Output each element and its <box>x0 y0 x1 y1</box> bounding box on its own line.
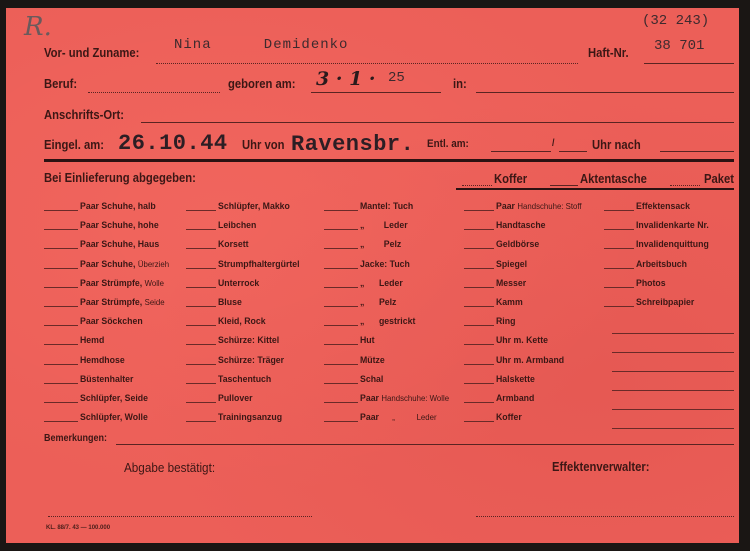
quantity-blank[interactable] <box>44 268 78 269</box>
item-row[interactable]: Hut <box>324 330 464 349</box>
uhr-nach-field[interactable] <box>660 151 734 152</box>
item-label-main: Invalidenkarte Nr. <box>636 220 709 231</box>
item-row[interactable]: Koffer <box>464 407 604 426</box>
item-label: Strumpfhaltergürtel <box>218 259 300 270</box>
quantity-blank[interactable] <box>324 344 358 345</box>
item-label-detail: Handschuhe: Wolle <box>381 393 449 403</box>
item-label-main: Paar Strümpfe, <box>80 297 142 308</box>
item-row[interactable]: Unterrock <box>186 273 326 292</box>
item-label: „ Leder <box>360 278 403 289</box>
item-label-main: Handtasche <box>496 220 546 231</box>
item-label: Armband <box>496 393 534 404</box>
quantity-blank[interactable] <box>324 229 358 230</box>
manager-signature-line[interactable] <box>476 516 734 517</box>
item-label-main: Paar <box>360 393 379 404</box>
item-label-main: Schal <box>360 374 383 385</box>
anschrift-field[interactable] <box>141 122 734 123</box>
quantity-blank[interactable] <box>44 229 78 230</box>
item-label-main: Kamm <box>496 297 523 308</box>
item-label-main: „ Leder <box>360 220 408 231</box>
item-label: Jacke: Tuch <box>360 259 410 270</box>
quantity-blank[interactable] <box>186 210 216 211</box>
item-label-main: Armband <box>496 393 534 404</box>
quantity-blank[interactable] <box>324 421 358 422</box>
item-row[interactable]: Arbeitsbuch <box>604 254 744 273</box>
quantity-blank[interactable] <box>324 325 358 326</box>
item-row[interactable]: Ring <box>464 311 604 330</box>
quantity-blank[interactable] <box>186 268 216 269</box>
item-row[interactable]: Schal <box>324 369 464 388</box>
item-row[interactable]: „ Pelz <box>324 292 464 311</box>
item-label: Büstenhalter <box>80 374 133 385</box>
header-divider <box>44 159 734 162</box>
anschrift-label: Anschrifts-Ort: <box>44 108 124 122</box>
item-label-main: Halskette <box>496 374 535 385</box>
item-label: Schürze: Kittel <box>218 335 279 346</box>
item-row[interactable]: Invalidenkarte Nr. <box>604 215 744 234</box>
quantity-blank[interactable] <box>44 306 78 307</box>
item-label: Arbeitsbuch <box>636 259 687 270</box>
quantity-blank[interactable] <box>464 306 494 307</box>
item-row[interactable]: Messer <box>464 273 604 292</box>
prisoner-number-top: (32 243) <box>642 13 709 29</box>
item-label-main: Geldbörse <box>496 239 539 250</box>
item-row[interactable]: Armband <box>464 388 604 407</box>
name-line <box>156 63 578 64</box>
geboren-value-year[interactable]: 25 <box>388 70 405 86</box>
item-label: Paar Strümpfe, Seide <box>80 297 165 308</box>
item-row[interactable]: Spiegel <box>464 254 604 273</box>
name-value[interactable]: Nina Demidenko <box>174 37 348 53</box>
item-label: Invalidenquittung <box>636 239 709 250</box>
print-code: KL. 88/7. 43 — 100.000 <box>46 525 110 531</box>
item-label: Paar Schuhe, halb <box>80 201 156 212</box>
entl-time-field[interactable] <box>559 151 587 152</box>
geboren-value-handwritten[interactable]: 3 · 1 · <box>316 68 376 90</box>
item-label-main: Strumpfhaltergürtel <box>218 259 300 270</box>
item-row[interactable]: Kleid, Rock <box>186 311 326 330</box>
quantity-blank[interactable] <box>44 402 78 403</box>
item-label-main: Pullover <box>218 393 253 404</box>
quantity-blank[interactable] <box>604 248 634 249</box>
item-label: Paar Handschuhe: Stoff <box>496 201 582 212</box>
item-label-main: Trainingsanzug <box>218 412 282 423</box>
item-label-main: Paar Schuhe, hohe <box>80 220 159 231</box>
item-label: „ Leder <box>360 220 408 231</box>
item-label-main: Schürze: Träger <box>218 355 284 366</box>
item-label: Photos <box>636 278 666 289</box>
item-label-main: Korsett <box>218 239 249 250</box>
item-label: Handtasche <box>496 220 546 231</box>
item-label-main: Taschentuch <box>218 374 271 385</box>
quantity-blank[interactable] <box>464 402 494 403</box>
item-label-main: Spiegel <box>496 259 527 270</box>
item-row[interactable]: Jacke: Tuch <box>324 254 464 273</box>
item-label: Schürze: Träger <box>218 355 284 366</box>
item-row[interactable]: Uhr m. Armband <box>464 350 604 369</box>
item-label-main: Paar Schuhe, halb <box>80 201 156 212</box>
quantity-blank[interactable] <box>186 344 216 345</box>
item-label-main: Schlüpfer, Makko <box>218 201 290 212</box>
item-row[interactable]: Büstenhalter <box>44 369 184 388</box>
item-label-detail: Überzieh <box>138 259 169 269</box>
item-label: Mantel: Tuch <box>360 201 413 212</box>
item-label: Schreibpapier <box>636 297 694 308</box>
quantity-blank[interactable] <box>44 248 78 249</box>
quantity-blank[interactable] <box>44 421 78 422</box>
item-row[interactable]: Paar Handschuhe: Stoff <box>464 196 604 215</box>
quantity-blank[interactable] <box>186 421 216 422</box>
quantity-blank[interactable] <box>186 383 216 384</box>
item-label: Paar Söckchen <box>80 316 143 327</box>
item-row[interactable]: Korsett <box>186 234 326 253</box>
quantity-blank[interactable] <box>44 383 78 384</box>
paket-count-field[interactable] <box>670 185 700 186</box>
uhr-von-label: Uhr von <box>242 138 285 152</box>
item-row[interactable]: „ Pelz <box>324 234 464 253</box>
quantity-blank[interactable] <box>44 344 78 345</box>
item-row[interactable]: Strumpfhaltergürtel <box>186 254 326 273</box>
item-label: Bluse <box>218 297 242 308</box>
haft-label: Haft-Nr. <box>588 46 629 60</box>
item-label-main: Bluse <box>218 297 242 308</box>
koffer-count-field[interactable] <box>462 185 492 186</box>
item-row[interactable]: Schlüpfer, Makko <box>186 196 326 215</box>
item-label-main: Arbeitsbuch <box>636 259 687 270</box>
item-row[interactable]: Kamm <box>464 292 604 311</box>
quantity-blank[interactable] <box>44 325 78 326</box>
blank-row[interactable] <box>612 428 734 429</box>
aktentasche-count-field[interactable] <box>550 185 578 186</box>
item-row[interactable]: Geldbörse <box>464 234 604 253</box>
quantity-blank[interactable] <box>44 287 78 288</box>
item-row[interactable]: Schürze: Kittel <box>186 330 326 349</box>
quantity-blank[interactable] <box>464 210 494 211</box>
item-label: Unterrock <box>218 278 259 289</box>
item-label-main: Uhr m. Kette <box>496 335 548 346</box>
item-row[interactable]: Pullover <box>186 388 326 407</box>
item-row[interactable]: Effektensack <box>604 196 744 215</box>
item-label: Halskette <box>496 374 535 385</box>
quantity-blank[interactable] <box>324 248 358 249</box>
item-label: Messer <box>496 278 526 289</box>
item-row[interactable]: „ gestrickt <box>324 311 464 330</box>
item-row[interactable]: Schreibpapier <box>604 292 744 311</box>
container-aktentasche: Aktentasche <box>580 172 647 186</box>
item-label-main: Uhr m. Armband <box>496 355 564 366</box>
item-label: Spiegel <box>496 259 527 270</box>
quantity-blank[interactable] <box>464 229 494 230</box>
eingel-value[interactable]: 26.10.44 <box>118 131 228 156</box>
item-label: Schlüpfer, Seide <box>80 393 148 404</box>
item-label: Trainingsanzug <box>218 412 282 423</box>
in-field[interactable] <box>476 92 734 93</box>
quantity-blank[interactable] <box>464 421 494 422</box>
item-label-main: Paar Söckchen <box>80 316 143 327</box>
blank-row[interactable] <box>612 390 734 391</box>
item-label: Paar Schuhe, hohe <box>80 220 159 231</box>
in-label: in: <box>453 77 467 91</box>
item-label-main: Schlüpfer, Wolle <box>80 412 148 423</box>
item-label: Paar Strümpfe, Wolle <box>80 278 164 289</box>
item-label-main: Schreibpapier <box>636 297 694 308</box>
item-row[interactable]: Paar Söckchen <box>44 311 184 330</box>
item-label: Schal <box>360 374 383 385</box>
item-label-main: Mantel: Tuch <box>360 201 413 212</box>
item-label: Paar Schuhe, Haus <box>80 239 159 250</box>
item-label: Paar „ Leder <box>360 412 437 423</box>
quantity-blank[interactable] <box>186 306 216 307</box>
item-row[interactable]: Handtasche <box>464 215 604 234</box>
item-label: Paar Handschuhe: Wolle <box>360 393 449 404</box>
quantity-blank[interactable] <box>324 383 358 384</box>
item-label: Effektensack <box>636 201 690 212</box>
item-label: Korsett <box>218 239 249 250</box>
quantity-blank[interactable] <box>186 364 216 365</box>
item-row[interactable]: Hemdhose <box>44 350 184 369</box>
item-label-main: Mütze <box>360 355 385 366</box>
beruf-field[interactable] <box>88 92 220 93</box>
item-label-main: „ gestrickt <box>360 316 415 327</box>
item-row[interactable]: Taschentuch <box>186 369 326 388</box>
quantity-blank[interactable] <box>464 383 494 384</box>
item-label-main: Schlüpfer, Seide <box>80 393 148 404</box>
item-label-main: „ Pelz <box>360 239 401 250</box>
item-row[interactable]: Trainingsanzug <box>186 407 326 426</box>
item-row[interactable]: Schlüpfer, Seide <box>44 388 184 407</box>
item-label-main: Kleid, Rock <box>218 316 266 327</box>
name-label: Vor- und Zuname: <box>44 46 139 60</box>
item-label-main: Leibchen <box>218 220 256 231</box>
item-label: Schlüpfer, Wolle <box>80 412 148 423</box>
item-row[interactable]: Paar Strümpfe, Seide <box>44 292 184 311</box>
quantity-blank[interactable] <box>604 306 634 307</box>
item-label-main: Ring <box>496 316 515 327</box>
item-label: Kamm <box>496 297 523 308</box>
item-label-main: Koffer <box>496 412 522 423</box>
quantity-blank[interactable] <box>464 344 494 345</box>
quantity-blank[interactable] <box>324 210 358 211</box>
quantity-blank[interactable] <box>464 268 494 269</box>
item-row[interactable]: Mantel: Tuch <box>324 196 464 215</box>
quantity-blank[interactable] <box>186 248 216 249</box>
blank-row[interactable] <box>612 352 734 353</box>
pencil-mark: R. <box>24 12 52 42</box>
item-label-detail: Seide <box>145 297 165 307</box>
uhr-von-value[interactable]: Ravensbr. <box>291 132 414 157</box>
item-label-main: Hut <box>360 335 375 346</box>
item-row[interactable]: Mütze <box>324 350 464 369</box>
item-label: Taschentuch <box>218 374 271 385</box>
haft-line <box>644 63 734 64</box>
quantity-blank[interactable] <box>44 210 78 211</box>
quantity-blank[interactable] <box>186 229 216 230</box>
entl-date-field[interactable] <box>491 151 551 152</box>
item-row[interactable]: Paar Strümpfe, Wolle <box>44 273 184 292</box>
item-label-main: „ Pelz <box>360 297 396 308</box>
item-label-main: Messer <box>496 278 526 289</box>
confirm-signature-line[interactable] <box>48 516 312 517</box>
item-label: „ Pelz <box>360 297 396 308</box>
entl-label: Entl. am: <box>427 138 469 150</box>
item-row[interactable]: Invalidenquittung <box>604 234 744 253</box>
item-label: Hemd <box>80 335 104 346</box>
item-row[interactable]: Paar „ Leder <box>324 407 464 426</box>
geboren-line <box>311 92 441 93</box>
manager-label: Effektenverwalter: <box>552 460 650 474</box>
uhr-nach-label: Uhr nach <box>592 138 641 152</box>
item-label-main: Effektensack <box>636 201 690 212</box>
item-label: Invalidenkarte Nr. <box>636 220 709 231</box>
item-label: Hemdhose <box>80 355 125 366</box>
item-label-main: Büstenhalter <box>80 374 133 385</box>
quantity-blank[interactable] <box>324 268 358 269</box>
item-label-main: Paar Schuhe, Haus <box>80 239 159 250</box>
quantity-blank[interactable] <box>324 306 358 307</box>
quantity-blank[interactable] <box>186 287 216 288</box>
item-label-main: Paar <box>496 201 515 212</box>
item-label: Geldbörse <box>496 239 539 250</box>
item-row[interactable]: Photos <box>604 273 744 292</box>
item-row[interactable]: Paar Schuhe, halb <box>44 196 184 215</box>
blank-row[interactable] <box>612 371 734 372</box>
item-label-main: „ Leder <box>360 278 403 289</box>
blank-row[interactable] <box>612 409 734 410</box>
quantity-blank[interactable] <box>464 325 494 326</box>
item-label: Uhr m. Kette <box>496 335 548 346</box>
item-row[interactable]: Bluse <box>186 292 326 311</box>
entl-separator: / <box>552 138 555 149</box>
quantity-blank[interactable] <box>604 210 634 211</box>
quantity-blank[interactable] <box>604 229 634 230</box>
item-label: „ Pelz <box>360 239 401 250</box>
item-row[interactable]: Schürze: Träger <box>186 350 326 369</box>
eingel-label: Eingel. am: <box>44 138 104 152</box>
item-label-main: Invalidenquittung <box>636 239 709 250</box>
item-row[interactable]: Schlüpfer, Wolle <box>44 407 184 426</box>
remarks-label: Bemerkungen: <box>44 433 107 444</box>
item-label-main: Paar <box>360 412 379 423</box>
item-label-main: Paar Schuhe, <box>80 259 135 270</box>
item-row[interactable]: Paar Schuhe, Überzieh <box>44 254 184 273</box>
item-label-main: Jacke: Tuch <box>360 259 410 270</box>
item-label: Hut <box>360 335 375 346</box>
item-label: Leibchen <box>218 220 256 231</box>
item-row[interactable]: Paar Handschuhe: Wolle <box>324 388 464 407</box>
container-underline <box>456 188 734 190</box>
quantity-blank[interactable] <box>324 287 358 288</box>
item-row[interactable]: Uhr m. Kette <box>464 330 604 349</box>
item-row[interactable]: Paar Schuhe, hohe <box>44 215 184 234</box>
item-label-main: Photos <box>636 278 666 289</box>
quantity-blank[interactable] <box>186 402 216 403</box>
quantity-blank[interactable] <box>464 287 494 288</box>
blank-row[interactable] <box>612 333 734 334</box>
quantity-blank[interactable] <box>464 248 494 249</box>
item-row[interactable]: „ Leder <box>324 273 464 292</box>
section-title: Bei Einlieferung abgegeben: <box>44 171 196 185</box>
item-label: Mütze <box>360 355 385 366</box>
item-label: Koffer <box>496 412 522 423</box>
quantity-blank[interactable] <box>604 268 634 269</box>
quantity-blank[interactable] <box>186 325 216 326</box>
item-row[interactable]: Halskette <box>464 369 604 388</box>
item-row[interactable]: Leibchen <box>186 215 326 234</box>
container-paket: Paket <box>704 172 734 186</box>
quantity-blank[interactable] <box>464 364 494 365</box>
confirm-label: Abgabe bestätigt: <box>124 460 215 475</box>
beruf-label: Beruf: <box>44 77 77 91</box>
item-label: Schlüpfer, Makko <box>218 201 290 212</box>
remarks-field[interactable] <box>116 444 734 445</box>
item-label: Uhr m. Armband <box>496 355 564 366</box>
item-label-main: Unterrock <box>218 278 259 289</box>
item-label-main: Hemd <box>80 335 104 346</box>
item-row[interactable]: Hemd <box>44 330 184 349</box>
item-label: Pullover <box>218 393 253 404</box>
haft-value[interactable]: 38 701 <box>654 38 704 54</box>
item-label-detail: „ Leder <box>381 412 436 422</box>
container-koffer: Koffer <box>494 172 527 186</box>
item-label-detail: Wolle <box>145 278 164 288</box>
item-label: Ring <box>496 316 515 327</box>
item-label-main: Hemdhose <box>80 355 125 366</box>
item-label-main: Schürze: Kittel <box>218 335 279 346</box>
item-row[interactable]: „ Leder <box>324 215 464 234</box>
geboren-label: geboren am: <box>228 77 296 91</box>
item-label: „ gestrickt <box>360 316 415 327</box>
item-label: Kleid, Rock <box>218 316 266 327</box>
item-label-main: Paar Strümpfe, <box>80 278 142 289</box>
quantity-blank[interactable] <box>44 364 78 365</box>
quantity-blank[interactable] <box>604 287 634 288</box>
quantity-blank[interactable] <box>324 364 358 365</box>
quantity-blank[interactable] <box>324 402 358 403</box>
item-label: Paar Schuhe, Überzieh <box>80 259 169 270</box>
item-row[interactable]: Paar Schuhe, Haus <box>44 234 184 253</box>
item-label-detail: Handschuhe: Stoff <box>517 201 581 211</box>
inmate-effects-card: R. (32 243) Vor- und Zuname: Nina Demide… <box>6 8 739 543</box>
